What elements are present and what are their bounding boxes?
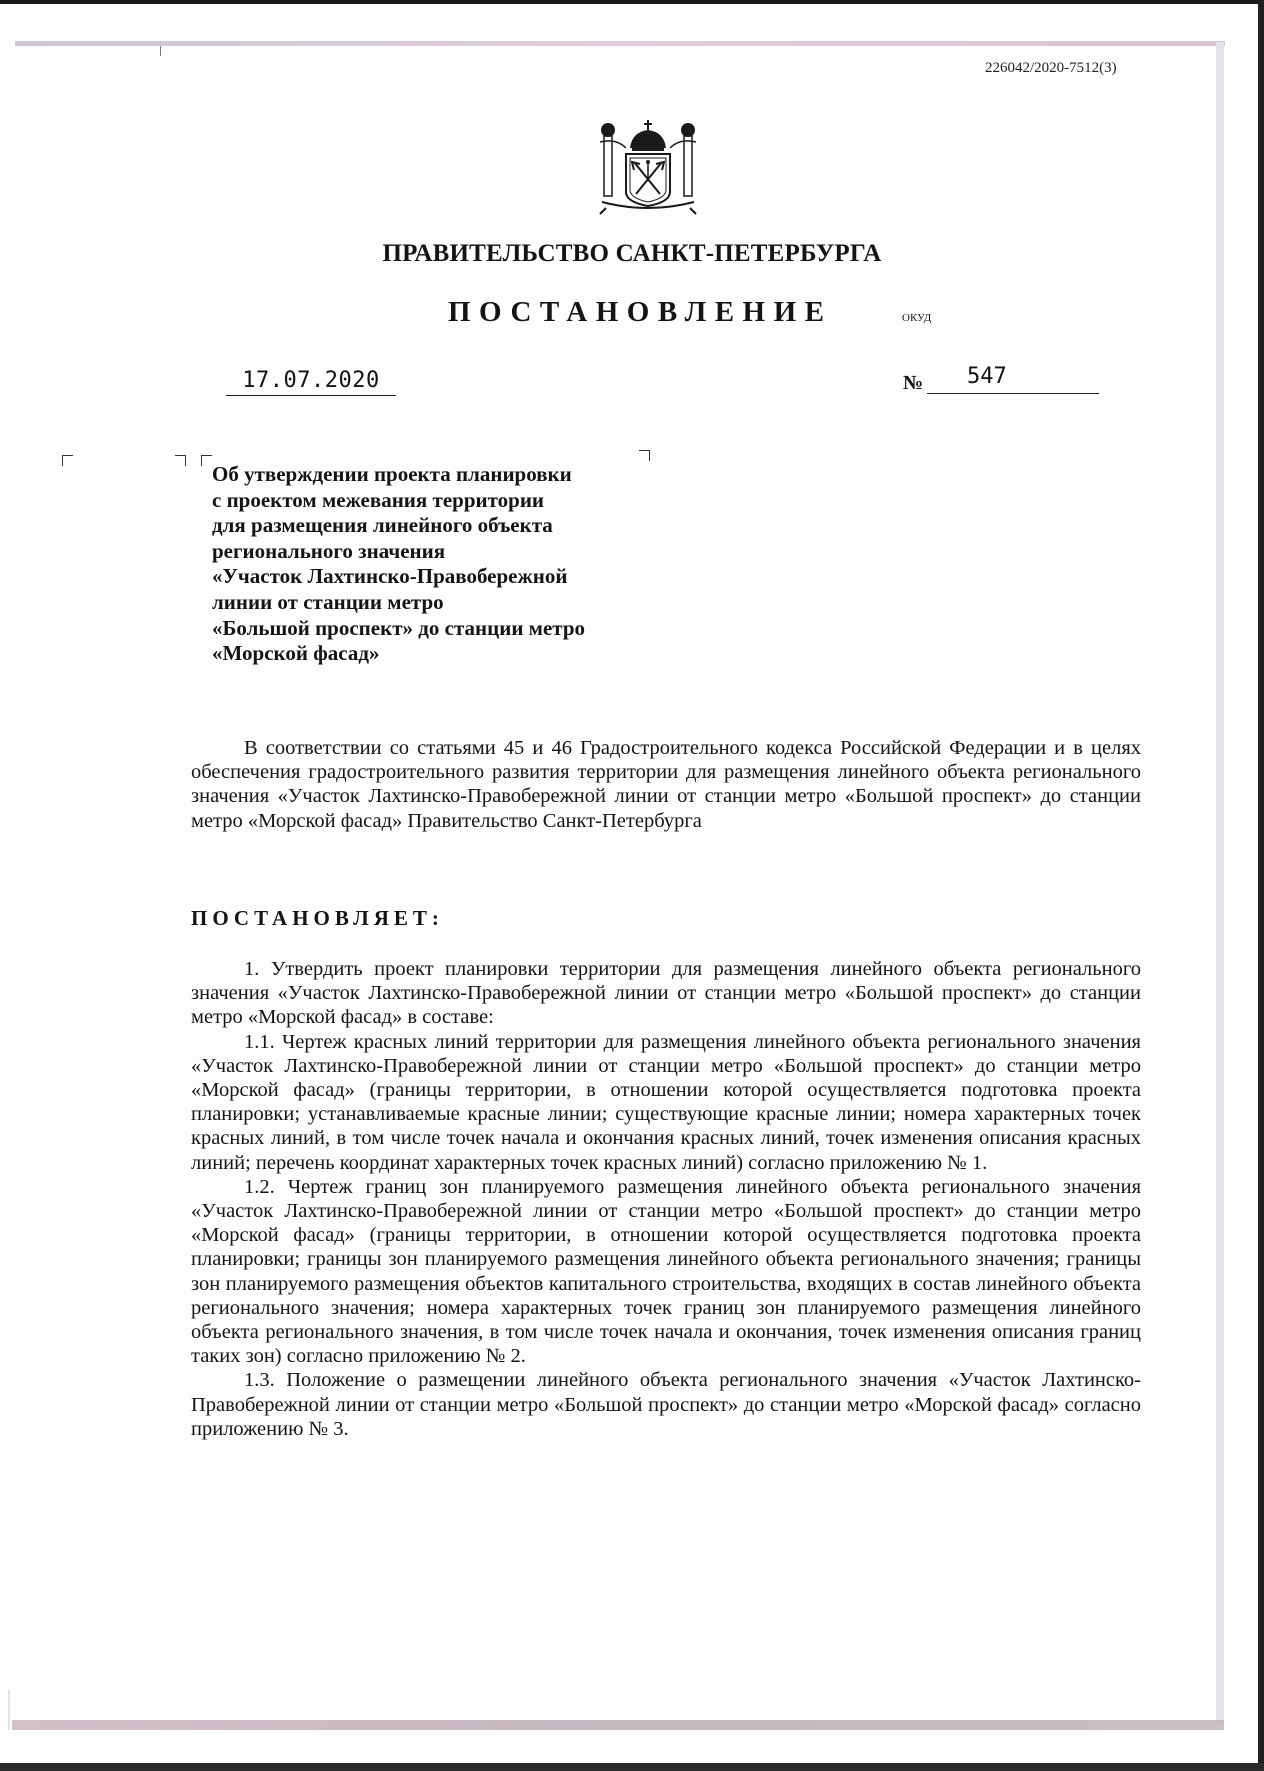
subject-line: линии от станции метро bbox=[212, 590, 585, 616]
resolves-heading: ПОСТАНОВЛЯЕТ: bbox=[191, 906, 444, 931]
item-1-2: 1.2. Чертеж границ зон планируемого разм… bbox=[191, 1175, 1141, 1369]
subject-line: Об утверждении проекта планировки bbox=[212, 462, 585, 488]
number-sign: № bbox=[903, 372, 923, 395]
scan-band-top bbox=[15, 41, 1225, 46]
preamble-paragraph: В соответствии со статьями 45 и 46 Градо… bbox=[191, 736, 1141, 833]
subject-line: «Большой проспект» до станции метро bbox=[212, 616, 585, 642]
government-title: ПРАВИТЕЛЬСТВО САНКТ-ПЕТЕРБУРГА bbox=[0, 240, 1264, 268]
document-date: 17.07.2020 bbox=[226, 368, 396, 396]
okud-label: ОКУД bbox=[902, 312, 931, 324]
coat-of-arms-icon bbox=[596, 118, 700, 218]
subject-line: «Участок Лахтинско-Правобережной bbox=[212, 564, 585, 590]
item-1: 1. Утвердить проект планировки территори… bbox=[191, 957, 1141, 1030]
subject-line: регионального значения bbox=[212, 539, 585, 565]
document-type: ПОСТАНОВЛЕНИЕ bbox=[448, 296, 833, 329]
corner-mark bbox=[175, 455, 186, 466]
document-id: 226042/2020-7512(3) bbox=[985, 60, 1117, 77]
corner-mark bbox=[639, 450, 650, 461]
preamble: В соответствии со статьями 45 и 46 Градо… bbox=[191, 736, 1141, 833]
subject-line: с проектом межевания территории bbox=[212, 488, 585, 514]
item-1-3: 1.3. Положение о размещении линейного об… bbox=[191, 1368, 1141, 1441]
scan-tick-mark bbox=[160, 46, 161, 56]
resolution-items: 1. Утвердить проект планировки территори… bbox=[191, 957, 1141, 1441]
subject-line: для размещения линейного объекта bbox=[212, 513, 585, 539]
scan-edge-top bbox=[0, 0, 1264, 4]
scan-edge-bottom bbox=[0, 1763, 1264, 1771]
corner-mark bbox=[62, 455, 73, 466]
corner-mark bbox=[201, 455, 212, 466]
item-1-1: 1.1. Чертеж красных линий территории для… bbox=[191, 1030, 1141, 1175]
scan-band-right bbox=[1216, 42, 1224, 1722]
document-number: 547 bbox=[927, 364, 1099, 394]
scan-band-left bbox=[8, 1690, 10, 1730]
scan-band-bottom bbox=[12, 1720, 1224, 1730]
document-subject: Об утверждении проекта планировки с прое… bbox=[212, 462, 585, 667]
subject-line: «Морской фасад» bbox=[212, 641, 585, 667]
